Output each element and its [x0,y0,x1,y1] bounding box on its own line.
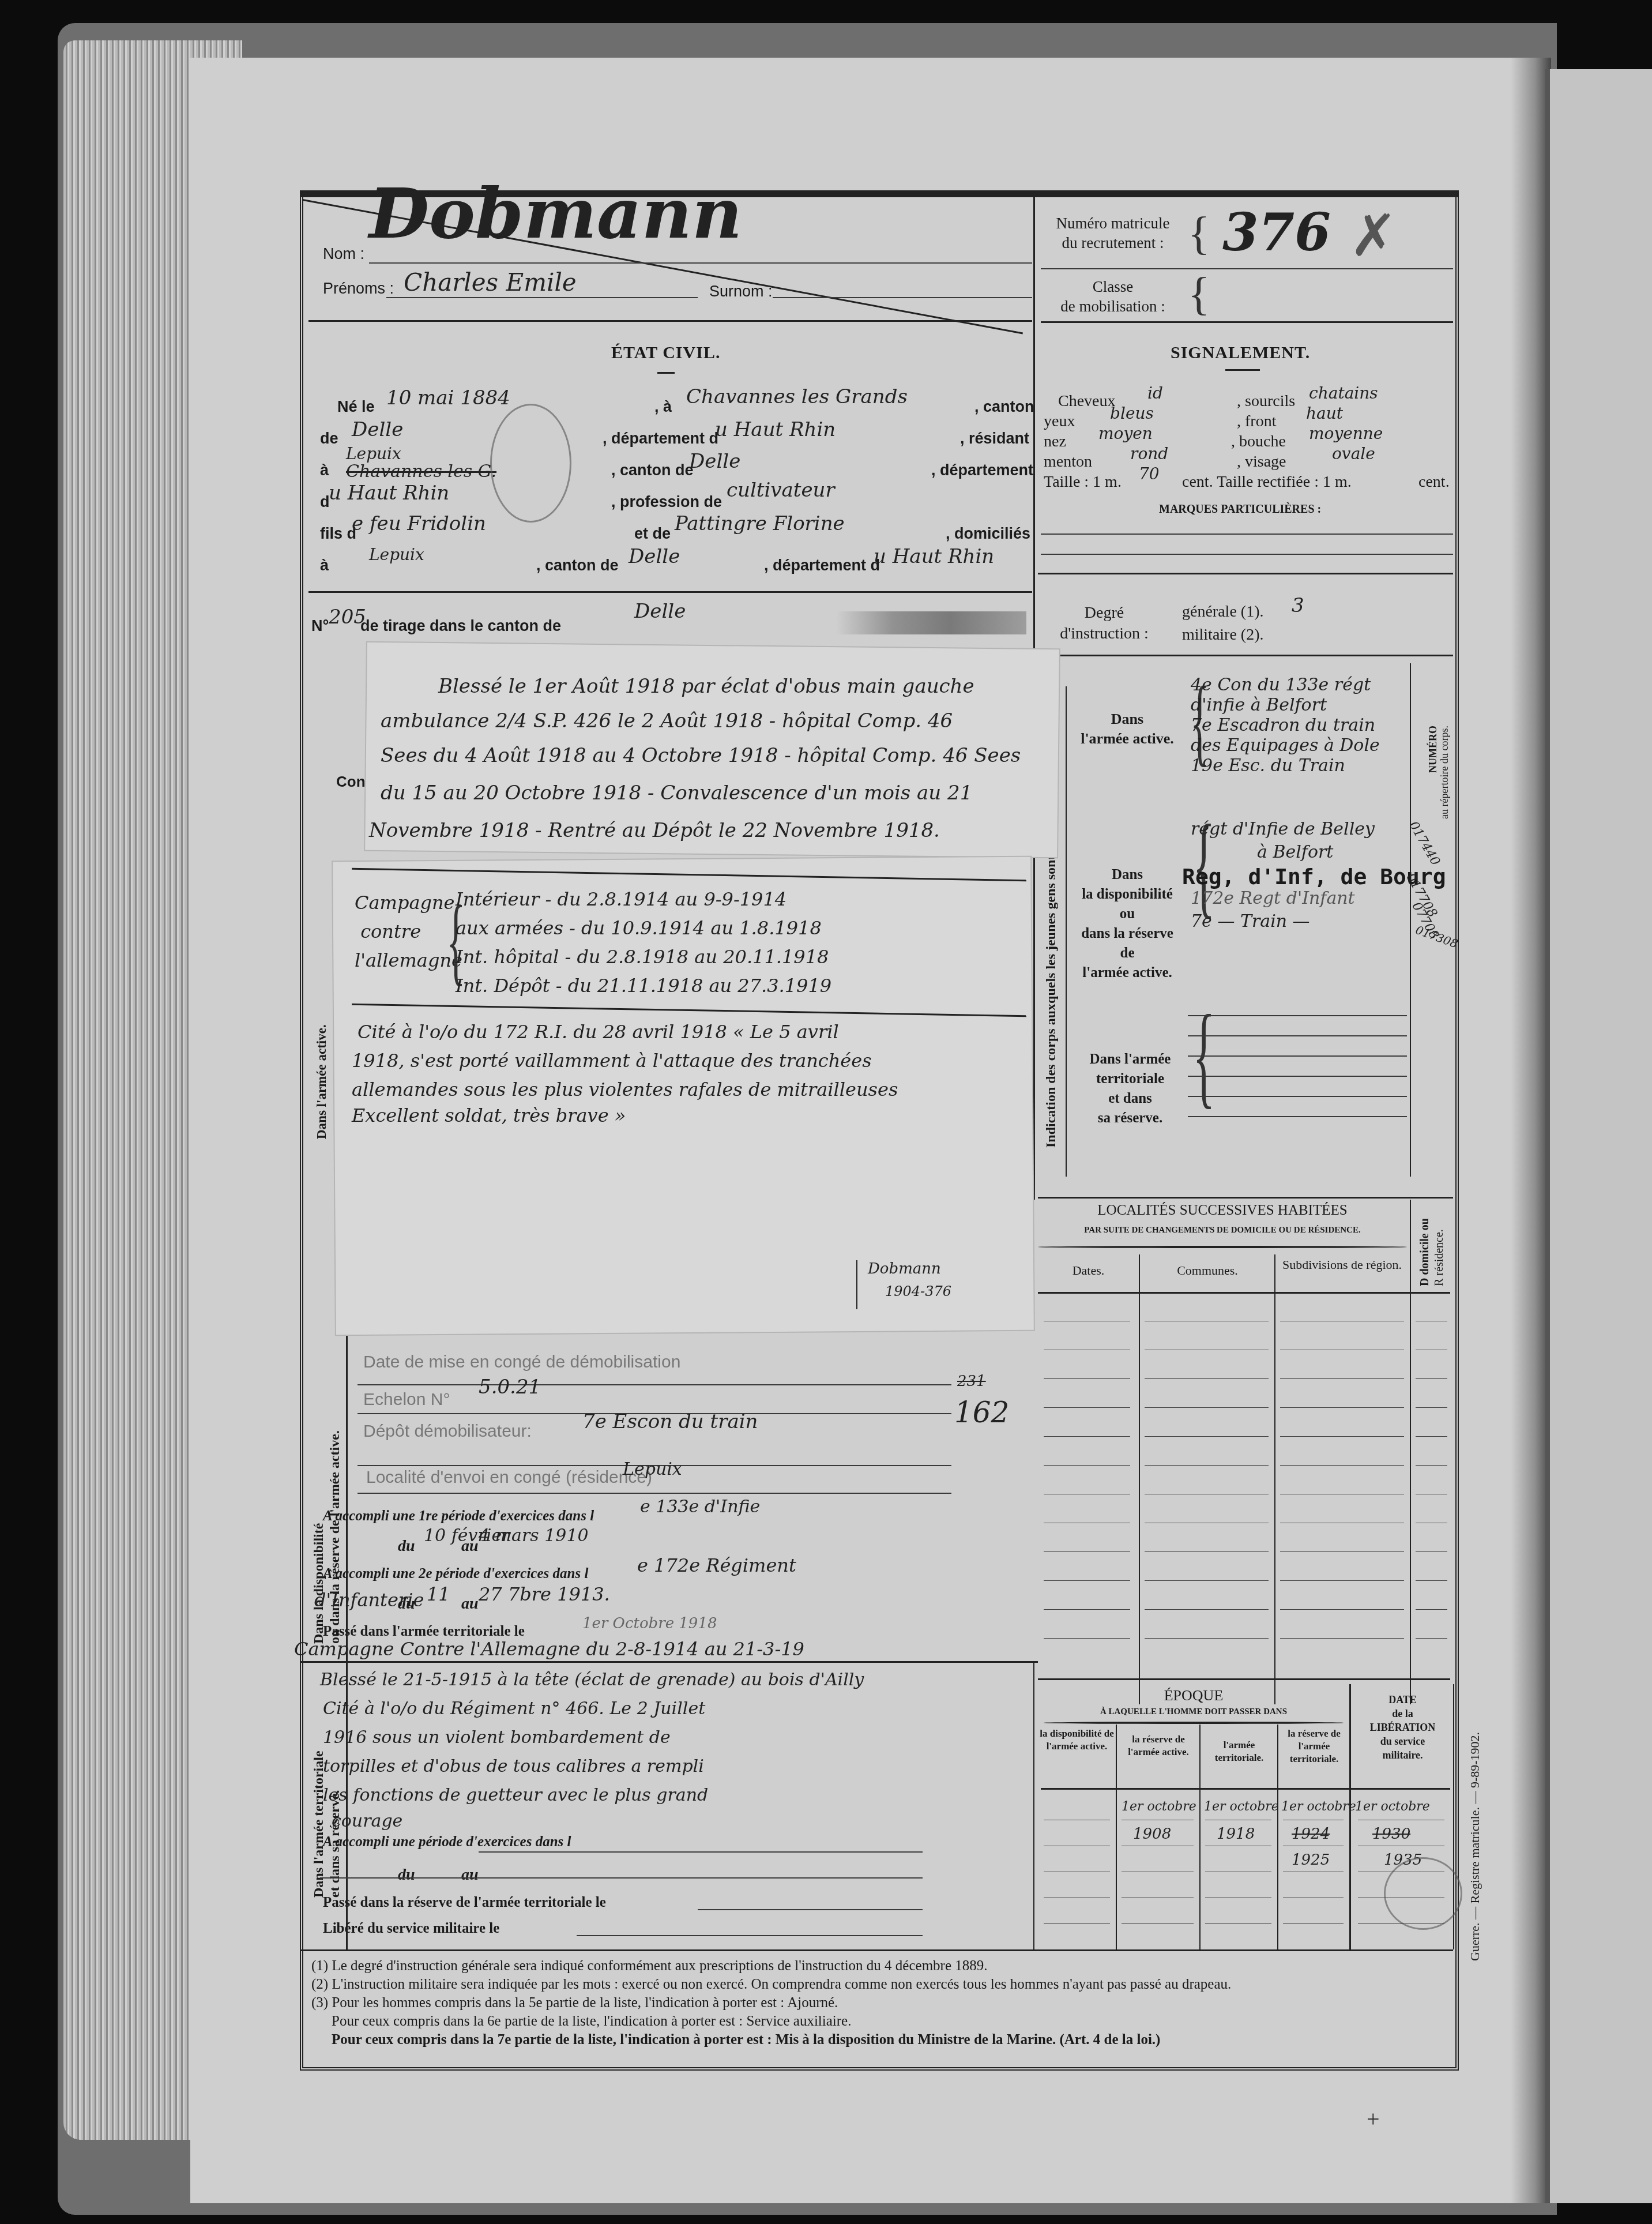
ornament-rule [1038,1246,1407,1248]
epoque-row-rule [1283,1820,1344,1820]
side-number: 162 [954,1396,1009,1429]
libere-label: Libéré du service militaire le [323,1921,499,1937]
periode2-label: A accompli une 2e période d'exercices da… [323,1566,588,1582]
epoque-row-rule [1358,1924,1444,1924]
localites-row-rule [1280,1609,1404,1610]
lib-h1: DATE [1388,1694,1417,1705]
localites-subtitle: PAR SUITE DE CHANGEMENTS DE DOMICILE OU … [1038,1226,1407,1235]
localites-row-rule [1416,1465,1447,1466]
epoque-row-rule [1122,1924,1194,1924]
echelon-value: 5.0.21 [479,1376,541,1399]
blessure-line-2: ambulance 2/4 S.P. 426 le 2 Août 1918 - … [381,709,953,732]
dispo-label: Dansla disponibilitéoudans la réservedel… [1070,865,1185,983]
residant-a-label: à [320,461,329,479]
demob-rule [358,1493,951,1494]
localites-row-rule [1280,1638,1404,1639]
epoque-row-rule [1205,1846,1271,1846]
ne-le-value: 10 mai 1884 [386,386,510,410]
epoque-row-rule [1205,1820,1271,1820]
departement2-label: , département [931,461,1033,479]
dispo-value-5: 7e — Train — [1191,911,1310,931]
terr-text-5: les fonctions de guetteur avec le plus g… [323,1785,708,1805]
passe-territoriale-label: Passé dans l'armée territoriale le [323,1624,525,1640]
prenoms-value: Charles Emile [404,268,577,296]
liberation-year-struck: 1930 [1372,1825,1410,1843]
epoque-row-rule [1358,1846,1444,1846]
localite-label: Localité d'envoi en congé (résidence) [366,1468,652,1487]
localites-row-rule [1416,1321,1447,1321]
profession-label: , profession de [611,493,722,511]
de-label: de [320,430,338,448]
militaire-label: militaire (2). [1182,626,1264,644]
col-dates: Dates. [1038,1263,1139,1278]
col-residence: R résidence. [1433,1229,1446,1286]
signalement-rule [1038,573,1453,574]
matricule-label: Numéro matriculedu recrutement : [1044,213,1182,253]
epoque-subtitle: À LAQUELLE L'HOMME DOIT PASSER DANS [1038,1707,1349,1717]
reserve-active-year: 1908 [1133,1825,1171,1843]
epoque-row-rule [1205,1872,1271,1872]
cheveux-label: Cheveux [1058,392,1116,411]
bouche-value: moyenne [1309,424,1383,443]
active-value-3: 7e Escadron du train [1191,715,1375,735]
x-mark-icon: ✗ [1349,208,1398,265]
marques-label: MARQUES PARTICULIÈRES : [1159,503,1321,516]
terr-label-3: et dans [1108,1091,1152,1106]
classe-label: Classede mobilisation : [1044,277,1182,316]
epoque-row-rule [1283,1872,1344,1872]
canton-de-value: Delle [689,450,740,473]
epoque-row-rule [1122,1872,1194,1872]
dom-a-label: à [320,557,329,574]
a-label: , à [654,398,672,416]
localites-row-rule [1044,1436,1130,1437]
facing-page [1545,69,1652,2203]
localites-row-rule [1145,1580,1269,1581]
localites-row-rule [1044,1523,1130,1523]
prenoms-rule [386,297,698,298]
active-label-1: Dans [1111,711,1143,727]
localites-row-rule [1145,1407,1269,1408]
menton-value: rond [1130,444,1168,463]
epoque-row-rule [1283,1898,1344,1898]
periode1-value: e 133e d'Infie [640,1497,760,1517]
citation-line-1: Cité à l'o/o du 172 R.I. du 28 avril 191… [358,1021,839,1043]
front-value: haut [1306,404,1343,423]
liberation-date: 1er octobre [1355,1800,1430,1814]
surnom-rule [773,297,1032,298]
departement-value: u Haut Rhin [715,418,836,441]
localites-row-rule [1044,1465,1130,1466]
ne-le-label: Né le [337,398,375,416]
localites-row-rule [1416,1551,1447,1552]
terr-text-4: torpilles et d'obus de tous calibres a r… [323,1756,704,1776]
localites-row-rule [1145,1609,1269,1610]
numero-heading-1: NUMÉRO [1427,726,1439,773]
terr-text-6: courage [332,1811,402,1831]
etat-civil-title: ÉTAT CIVIL. [611,343,720,363]
dispo-label-1: Dans [1112,867,1143,882]
periode1-au-value: 4 mars 1910 [479,1526,589,1546]
sourcils-label: , sourcils [1237,392,1295,411]
localites-row-rule [1280,1407,1404,1408]
periode1-du-label: du [398,1537,415,1556]
departement-label: , département d [603,430,718,448]
localites-row-rule [1280,1580,1404,1581]
epoque-row-rule [1044,1924,1110,1924]
campagne-row-3: Int. hôpital - du 2.8.1918 au 20.11.1918 [456,946,829,968]
localites-row-rule [1416,1523,1447,1523]
reserve-terr-year: 1925 [1292,1851,1330,1869]
residant-label: , résidant [960,430,1029,448]
side-number-struck: 231 [957,1373,986,1390]
terr-label: Dans l'arméeterritorialeet danssa réserv… [1073,1050,1188,1128]
round-stamp-icon [1384,1857,1462,1930]
terr-text-2: Cité à l'o/o du Régiment n° 466. Le 2 Ju… [323,1699,705,1719]
epoque-col-territoriale: l'armée territoriale. [1201,1739,1277,1764]
terr-du-rule [320,1877,923,1879]
terr-periode-label: A accompli une période d'exercices dans … [323,1834,571,1850]
brace-icon: { [1188,211,1210,257]
tirage-value: Delle [634,600,686,623]
surnom-label: Surnom : [709,283,773,300]
localites-row-rule [1280,1378,1404,1379]
localites-row-rule [1416,1378,1447,1379]
epoque-row-rule [1205,1924,1271,1924]
lib-h2: de la [1392,1708,1413,1719]
dispo-label-4: dans la réserve [1081,926,1173,941]
visage-label: , visage [1237,453,1286,471]
localites-row-rule [1145,1321,1269,1321]
classe-rule [1041,321,1453,323]
active-value-1: 4e Con du 133e régt [1191,675,1371,695]
terr-label-4: sa réserve. [1098,1110,1162,1126]
terr-rule [1188,1116,1407,1117]
terr-text-3: 1916 sous un violent bombardement de [323,1727,671,1748]
note-name: Dobmann [868,1260,941,1278]
periode1-au-label: au [461,1537,479,1556]
et-de-label: et de [634,525,671,543]
epoque-col-divider [1277,1725,1278,1949]
territoriale-campagne-line: Campagne Contre l'Allemagne du 2-8-1914 … [294,1638,804,1660]
periode2-value: e 172e Régiment [637,1554,796,1576]
degre-label-2: d'instruction : [1060,625,1149,643]
canton-label: , canton [974,398,1034,416]
citation-line-3: allemandes sous les plus violentes rafal… [352,1079,898,1100]
dom-a-value: Lepuix [369,545,424,564]
localites-row-rule [1280,1350,1404,1350]
localites-row-rule [1416,1494,1447,1494]
localites-col-divider [1410,1200,1411,1704]
epoque-row-rule [1122,1820,1194,1820]
epoque-row-rule [1358,1872,1444,1872]
matricule-label-1: Numéro matricule [1056,215,1169,232]
taille-rect-label: cent. Taille rectifiée : 1 m. [1182,473,1352,491]
classe-label-1: Classe [1093,278,1134,295]
dispo-value-1: régt d'Infie de Belley [1191,819,1375,839]
localites-row-rule [1044,1580,1130,1581]
active-value-5: 19e Esc. du Train [1191,756,1345,776]
localites-row-rule [1044,1494,1130,1494]
fils-value: e feu Fridolin [352,512,486,535]
residant-a-struck: Chavannes les G. [346,461,496,482]
campagne-row-1: Intérieur - du 2.8.1914 au 9-9-1914 [456,888,787,910]
campagne-row-4: Int. Dépôt - du 21.11.1918 au 27.3.1919 [456,975,831,997]
visage-value: ovale [1332,444,1375,463]
epoque-row-rule [1122,1846,1194,1846]
corps-side-divider [1066,686,1067,1177]
localites-row-rule [1416,1580,1447,1581]
marques-rule-1 [1041,534,1453,535]
epoque-col-reserve-active: la réserve de l'armée active. [1117,1733,1199,1759]
localites-row-rule [1280,1436,1404,1437]
localite-value: Lepuix [623,1459,682,1479]
dispo-value-4: 172e Regt d'Infant [1191,888,1355,908]
taille-value: 70 [1139,464,1160,483]
round-stamp-icon [490,404,571,523]
epoque-col-divider [1349,1684,1351,1949]
passe-reserve-label: Passé dans la réserve de l'armée territo… [323,1895,606,1911]
matricule-rule [1041,268,1453,269]
numero-heading-2: au répertoire du corps. [1439,726,1451,819]
passe-reserve-rule [698,1909,923,1910]
demob-date-label: Date de mise en congé de démobilisation [363,1353,680,1372]
blessure-line-5: Novembre 1918 - Rentré au Dépôt le 22 No… [369,819,940,842]
epoque-row-rule [1044,1846,1110,1846]
dispo-label-5: de [1120,945,1135,961]
epoque-row-rule [1283,1924,1344,1924]
page-mark: + [1367,2105,1380,2132]
citation-line-4: Excellent soldat, très brave » [352,1105,626,1126]
campagne-label-1: Campagne [355,892,455,914]
lib-h4: du service [1380,1735,1425,1747]
blessure-line-1: Blessé le 1er Août 1918 par éclat d'obus… [438,675,974,698]
epoque-col-dispo: la disponibilité de l'armée active. [1038,1727,1116,1753]
libere-rule [577,1935,923,1936]
title-dash [657,372,675,374]
campagne-label-2: contre [360,921,421,942]
terr-du-label: du [398,1866,415,1884]
echelon-label: Echelon N° [363,1390,450,1410]
front-label: , front [1237,412,1276,431]
active-value-2: d'infie à Belfort [1191,695,1327,715]
localites-row-rule [1145,1350,1269,1350]
localites-title: LOCALITÉS SUCCESSIVES HABITÉES [1038,1203,1407,1219]
localites-row-rule [1416,1350,1447,1350]
localites-row-rule [1145,1494,1269,1494]
matricule-value: 376 [1222,202,1331,263]
localites-row-rule [1145,1638,1269,1639]
localites-row-rule [1280,1321,1404,1321]
dispo-label-3: ou [1120,906,1135,922]
terr-text-1: Blessé le 21-5-1915 à la tête (éclat de … [320,1670,864,1690]
birthplace-value: Chavannes les Grands [686,385,908,408]
armee-active-label: Dans l'armée active. [314,1024,329,1139]
dispo-label-2: la disponibilité [1082,886,1173,902]
localites-rule [1038,1678,1450,1680]
footnote-5: Pour ceux compris dans la 7e partie de l… [332,2032,1160,2048]
classe-label-2: de mobilisation : [1060,298,1165,315]
col-domicile: D domicile ou [1418,1218,1432,1286]
periode1-label: A accompli une 1re période d'exercices d… [323,1508,594,1524]
canton-de-label: , canton de [611,461,694,479]
active-value-4: des Equipages à Dole [1191,735,1380,756]
signalement-title: SIGNALEMENT. [1171,343,1310,363]
note-divider [856,1260,857,1309]
depot-value: 7e Escon du train [582,1410,758,1433]
imprint: Guerre. — Registre matricule. — 9-89-190… [1467,1732,1482,1961]
terr-rule [1188,1076,1407,1077]
reserve-terr-date: 1er octobre [1281,1800,1356,1814]
generale-label: générale (1). [1182,603,1263,621]
residant-a-value: Lepuix [346,444,401,463]
terr-rule [1188,1096,1407,1097]
terr-rule [1188,1035,1407,1036]
ink-smudge [836,611,1026,634]
localites-row-rule [1280,1523,1404,1523]
numero-divider [1410,663,1411,1177]
dispo-label-vertical-2: ou dans la réserve de l'armée active. [328,1430,343,1644]
localites-row-rule [1044,1638,1130,1639]
nom-rule [369,262,1032,264]
localites-row-rule [1044,1551,1130,1552]
epoque-row-rule [1205,1898,1271,1898]
dom-dept-label: , département d [764,557,880,574]
footnote-4: Pour ceux compris dans la 6e partie de l… [332,2013,851,2030]
campagne-row-2: aux armées - du 10.9.1914 au 1.8.1918 [456,917,822,939]
tirage-label: de tirage dans le canton de [360,617,561,635]
localites-row-rule [1280,1465,1404,1466]
dispo-label-6: l'armée active. [1082,965,1172,980]
passe-territoriale-value: 1er Octobre 1918 [582,1615,717,1632]
terr-au-label: au [461,1866,479,1884]
du-value: u Haut Rhin [329,482,449,505]
depot-label: Dépôt démobilisateur: [363,1422,532,1441]
epoque-row-rule [1358,1898,1444,1898]
sourcils-value: chatains [1309,384,1378,403]
corps-rule [1038,1197,1453,1199]
prenoms-label: Prénoms : [323,280,394,298]
localites-row-rule [1145,1378,1269,1379]
localites-row-rule [1416,1609,1447,1610]
localites-row-rule [1145,1436,1269,1437]
taille-label: Taille : 1 m. [1044,473,1122,491]
tirage-no-label: N° [311,617,329,635]
localites-row-rule [1044,1321,1130,1321]
domicilies-label: , domiciliés [946,525,1030,543]
cheveux-value: id [1147,384,1163,403]
fils-label: fils d [320,525,356,543]
epoque-row-rule [1044,1820,1110,1820]
localites-row-rule [1145,1465,1269,1466]
localites-header-rule [1038,1292,1450,1294]
periode2-du-label: du [398,1595,415,1613]
reserve-active-date: 1er octobre [1122,1800,1196,1814]
footnote-3: (3) Pour les hommes compris dans la 5e p… [311,1995,838,2011]
footnotes-rule [300,1949,1453,1951]
marques-rule-2 [1041,554,1453,555]
footnote-1: (1) Le degré d'instruction générale sera… [311,1958,988,1974]
dom-canton-value: Delle [629,545,680,568]
epoque-col-divider [1199,1725,1201,1949]
localites-row-rule [1044,1350,1130,1350]
localites-row-rule [1145,1551,1269,1552]
demob-rule [358,1384,951,1385]
column-divider [1033,1661,1034,1949]
localites-row-rule [1044,1407,1130,1408]
de-value: Delle [352,418,403,441]
header-rule [308,320,1032,322]
epoque-row-rule [1283,1846,1344,1846]
reserve-terr-year-struck: 1924 [1292,1825,1330,1843]
degre-label-1: Degré [1085,604,1124,622]
localites-row-rule [1044,1609,1130,1610]
etat-civil-rule [308,591,1032,593]
citation-line-2: 1918, s'est porté vaillamment à l'attaqu… [352,1050,872,1072]
periode2-au-value: 27 7bre 1913. [479,1583,610,1605]
blessure-line-4: du 15 au 20 Octobre 1918 - Convalescence… [381,782,972,805]
localites-row-rule [1416,1638,1447,1639]
liberation-heading: DATEde laLIBÉRATIONdu servicemilitaire. [1352,1693,1453,1762]
dom-dept-value: u Haut Rhin [874,545,994,568]
dom-canton-label: , canton de [536,557,619,574]
epoque-col-reserve-terr: la réserve de l'armée territoriale. [1279,1727,1349,1765]
cent-label: cent. [1418,473,1450,491]
degre-label: Degréd'instruction : [1047,603,1162,644]
profession-value: cultivateur [727,479,835,502]
epoque-row-rule [1044,1872,1110,1872]
menton-label: menton [1044,453,1092,471]
title-dash [1225,369,1260,371]
localites-row-rule [1145,1523,1269,1523]
territoriale-rule [300,1661,1038,1663]
active-label: Dansl'armée active. [1073,709,1182,749]
lib-h5: militaire. [1382,1749,1423,1761]
localites-col-divider [1274,1254,1275,1704]
bouche-label: , bouche [1231,433,1286,451]
localites-row-rule [1280,1551,1404,1552]
localites-row-rule [1416,1407,1447,1408]
epoque-col-divider [1116,1725,1117,1949]
terr-rule [1188,1055,1407,1057]
ornament-rule [1044,1722,1344,1724]
terr-label-2: territoriale [1096,1071,1164,1087]
nez-value: moyen [1098,424,1153,443]
footnote-2: (2) L'instruction militaire sera indiqué… [311,1977,1231,1993]
degre-rule [1038,655,1453,656]
terr-rule [1188,1015,1407,1016]
dispo-value-2: à Belfort [1257,842,1333,862]
lib-h3: LIBÉRATION [1370,1722,1436,1733]
localites-row-rule [1416,1436,1447,1437]
epoque-header-rule [1041,1788,1450,1790]
periode2-du-value: 11 [427,1583,450,1605]
nom-value: Dobmann [369,173,742,254]
epoque-row-rule [1358,1820,1444,1820]
epoque-row-rule [1044,1898,1110,1898]
col-communes: Communes. [1141,1263,1274,1278]
terr-periode-rule [479,1851,923,1853]
localites-row-rule [1044,1378,1130,1379]
territoriale-date: 1er octobre [1204,1800,1279,1814]
matricule-label-2: du recrutement : [1062,234,1164,251]
localites-row-rule [1280,1494,1404,1494]
active-label-2: l'armée active. [1081,730,1174,747]
epoque-title: ÉPOQUE [1038,1687,1349,1704]
periode2-au-label: au [461,1595,479,1613]
blessure-line-3: Sees du 4 Août 1918 au 4 Octobre 1918 - … [381,744,1021,767]
yeux-value: bleus [1110,404,1154,423]
